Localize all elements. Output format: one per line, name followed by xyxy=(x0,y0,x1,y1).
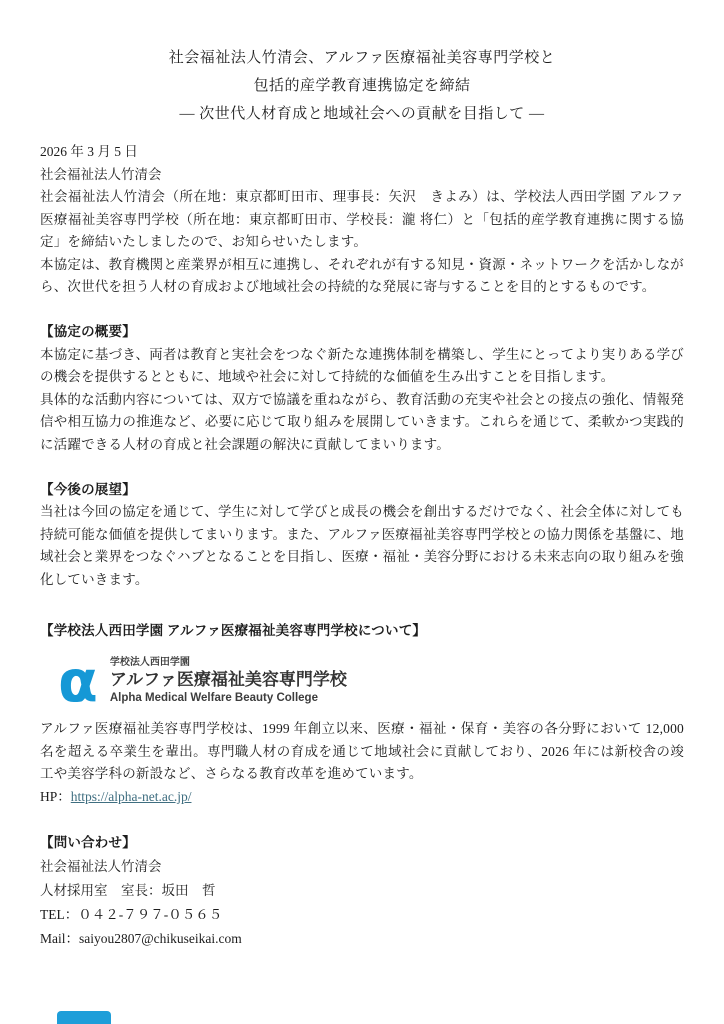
school-logo-english-name: Alpha Medical Welfare Beauty College xyxy=(110,691,347,706)
section-body-overview: 本協定に基づき、両者は教育と実社会をつなぐ新たな連携体制を構築し、学生にとってよ… xyxy=(40,344,684,457)
section-heading-overview: 【協定の概要】 xyxy=(40,321,684,344)
section-body-outlook: 当社は今回の協定を通じて、学生に対して学びと成長の機会を創出するだけでなく、社会… xyxy=(40,501,684,591)
school-logo-text: 学校法人西田学園 アルファ医療福祉美容専門学校 Alpha Medical We… xyxy=(110,656,347,706)
intro-paragraph-2: 本協定は、教育機関と産業界が相互に連携し、それぞれが有する知見・資源・ネットワー… xyxy=(40,254,684,299)
document-title: 社会福祉法人竹清会、アルファ医療福祉美容専門学校と 包括的産学教育連携協定を締結… xyxy=(40,44,684,128)
contact-mail: Mail：saiyou2807@chikuseikai.com xyxy=(40,927,684,951)
contact-tel: TEL：０４２-７９７-０５６５ xyxy=(40,903,684,927)
school-description: アルファ医療福祉美容専門学校は、1999 年創立以来、医療・福祉・保育・美容の各… xyxy=(40,718,684,786)
school-website-link[interactable]: https://alpha-net.ac.jp/ xyxy=(71,789,192,804)
meta-block: 2026 年 3 月 5 日 社会福祉法人竹清会 xyxy=(40,141,684,186)
title-line-3: ― 次世代人材育成と地域社会への貢献を目指して ― xyxy=(40,100,684,128)
title-line-1: 社会福祉法人竹清会、アルファ医療福祉美容専門学校と xyxy=(40,44,684,72)
release-date: 2026 年 3 月 5 日 xyxy=(40,141,684,164)
contact-person: 人材採用室 室長：坂田 哲 xyxy=(40,879,684,903)
section-heading-school: 【学校法人西田学園 アルファ医療福祉美容専門学校について】 xyxy=(40,620,684,643)
contact-section: 【問い合わせ】 社会福祉法人竹清会 人材採用室 室長：坂田 哲 TEL：０４２-… xyxy=(40,832,684,951)
press-release-page: 社会福祉法人竹清会、アルファ医療福祉美容専門学校と 包括的産学教育連携協定を締結… xyxy=(0,0,724,1024)
school-logo-school-name: アルファ医療福祉美容専門学校 xyxy=(110,669,347,691)
contact-organization: 社会福祉法人竹清会 xyxy=(40,855,684,879)
hp-label: HP： xyxy=(40,789,71,804)
issuing-organization: 社会福祉法人竹清会 xyxy=(40,164,684,187)
school-logo: α 学校法人西田学園 アルファ医療福祉美容専門学校 Alpha Medical … xyxy=(58,656,684,706)
section-heading-contact: 【問い合わせ】 xyxy=(40,832,684,855)
title-line-2: 包括的産学教育連携協定を締結 xyxy=(40,72,684,100)
hp-line: HP：https://alpha-net.ac.jp/ xyxy=(40,786,684,809)
page-bottom-accent-bar xyxy=(57,1011,111,1024)
intro-paragraph-1: 社会福祉法人竹清会（所在地：東京都町田市、理事長：矢沢 きよみ）は、学校法人西田… xyxy=(40,186,684,254)
school-logo-corp-name: 学校法人西田学園 xyxy=(110,656,347,669)
section-heading-outlook: 【今後の展望】 xyxy=(40,479,684,502)
alpha-logo-icon: α xyxy=(58,656,96,706)
